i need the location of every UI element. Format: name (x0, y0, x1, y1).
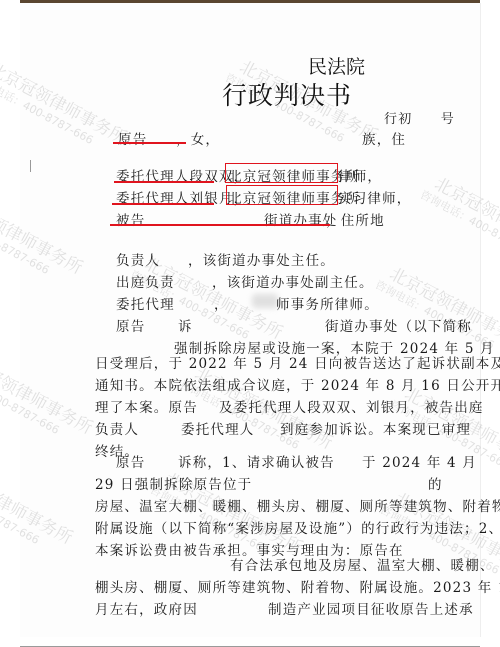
scan-artifact (30, 160, 31, 172)
responsible-person-role: ，该街道办事处主任。 (188, 249, 335, 269)
body-text: 到庭参加诉讼。本案现已审理 (280, 418, 471, 438)
red-highlight-box (225, 163, 338, 183)
body-text: 房屋、温室大棚、暖棚、棚头房、棚厦、厕所等建筑物、附着物、 (95, 495, 500, 515)
body-text: 诉 (178, 315, 193, 335)
redacted-text (252, 294, 278, 308)
red-underline (114, 181, 214, 183)
body-text: 的 (428, 473, 443, 493)
red-highlight-box (226, 185, 338, 205)
body-text: 诉称，1、请求确认被告 (178, 451, 335, 471)
body-text: 制造产业园项目征收原告上述承 (268, 598, 474, 618)
body-text: 有合法承包地及房屋、温室大棚、暖棚、 (230, 554, 495, 574)
red-underline (113, 142, 186, 144)
body-text: 日受理后，于 2022 年 5 月 24 日向被告送达了起诉状副本及应诉 (95, 352, 500, 372)
defendant-agent-comma: ， (214, 293, 229, 313)
defendant-agent-firm: 师事务所律师。 (276, 293, 379, 313)
document-title: 行政判决书 (222, 76, 352, 112)
defendant-address: ，住所地 (326, 209, 385, 229)
case-number: 行初 号 (384, 108, 455, 127)
court-name: 民法院 (308, 52, 365, 79)
plaintiff-label: 原告 (118, 128, 147, 148)
red-underline (110, 224, 330, 226)
body-text: 委托代理人 (181, 418, 255, 438)
body-text: 负责人 (95, 418, 139, 438)
body-text: 原告 (116, 451, 145, 471)
plaintiff-ethnic: 族，住 (362, 128, 406, 148)
agent2-role: 实习律师， (338, 187, 412, 207)
agent1-role: 律师， (338, 165, 382, 185)
court-responsible-label: 出庭负责 (116, 271, 175, 291)
body-text: 于 2024 年 4 月 (362, 451, 477, 471)
court-responsible-role: ，该街道办事处副主任。 (212, 271, 374, 291)
defendant-agent-label: 委托代理 (116, 293, 175, 313)
body-text: 理了本案。原告 (95, 396, 198, 416)
body-text: 月左右，政府因 (95, 598, 198, 618)
plaintiff-gender: ，女， (176, 128, 220, 148)
red-underline (112, 203, 214, 205)
responsible-person-label: 负责人 (116, 249, 160, 269)
body-text: 及委托代理人段双双、刘银月，被告出庭 (219, 396, 484, 416)
body-text: 原告 (116, 315, 145, 335)
body-text: 街道办事处（以下简称 (325, 315, 472, 335)
body-text: 29 日强制拆除原告位于 (95, 473, 252, 493)
body-text: 通知书。本院依法组成合议庭，于 2024 年 8 月 16 日公开开庭审 (95, 374, 500, 394)
defendant-label: 被告 (116, 209, 145, 229)
body-text: 棚头房、棚厦、厕所等建筑物、附着物、附属设施。2023 年 11 (95, 576, 500, 596)
body-text: 附属设施（以下简称“案涉房屋及设施”）的行政行为违法；2、 (95, 517, 500, 537)
